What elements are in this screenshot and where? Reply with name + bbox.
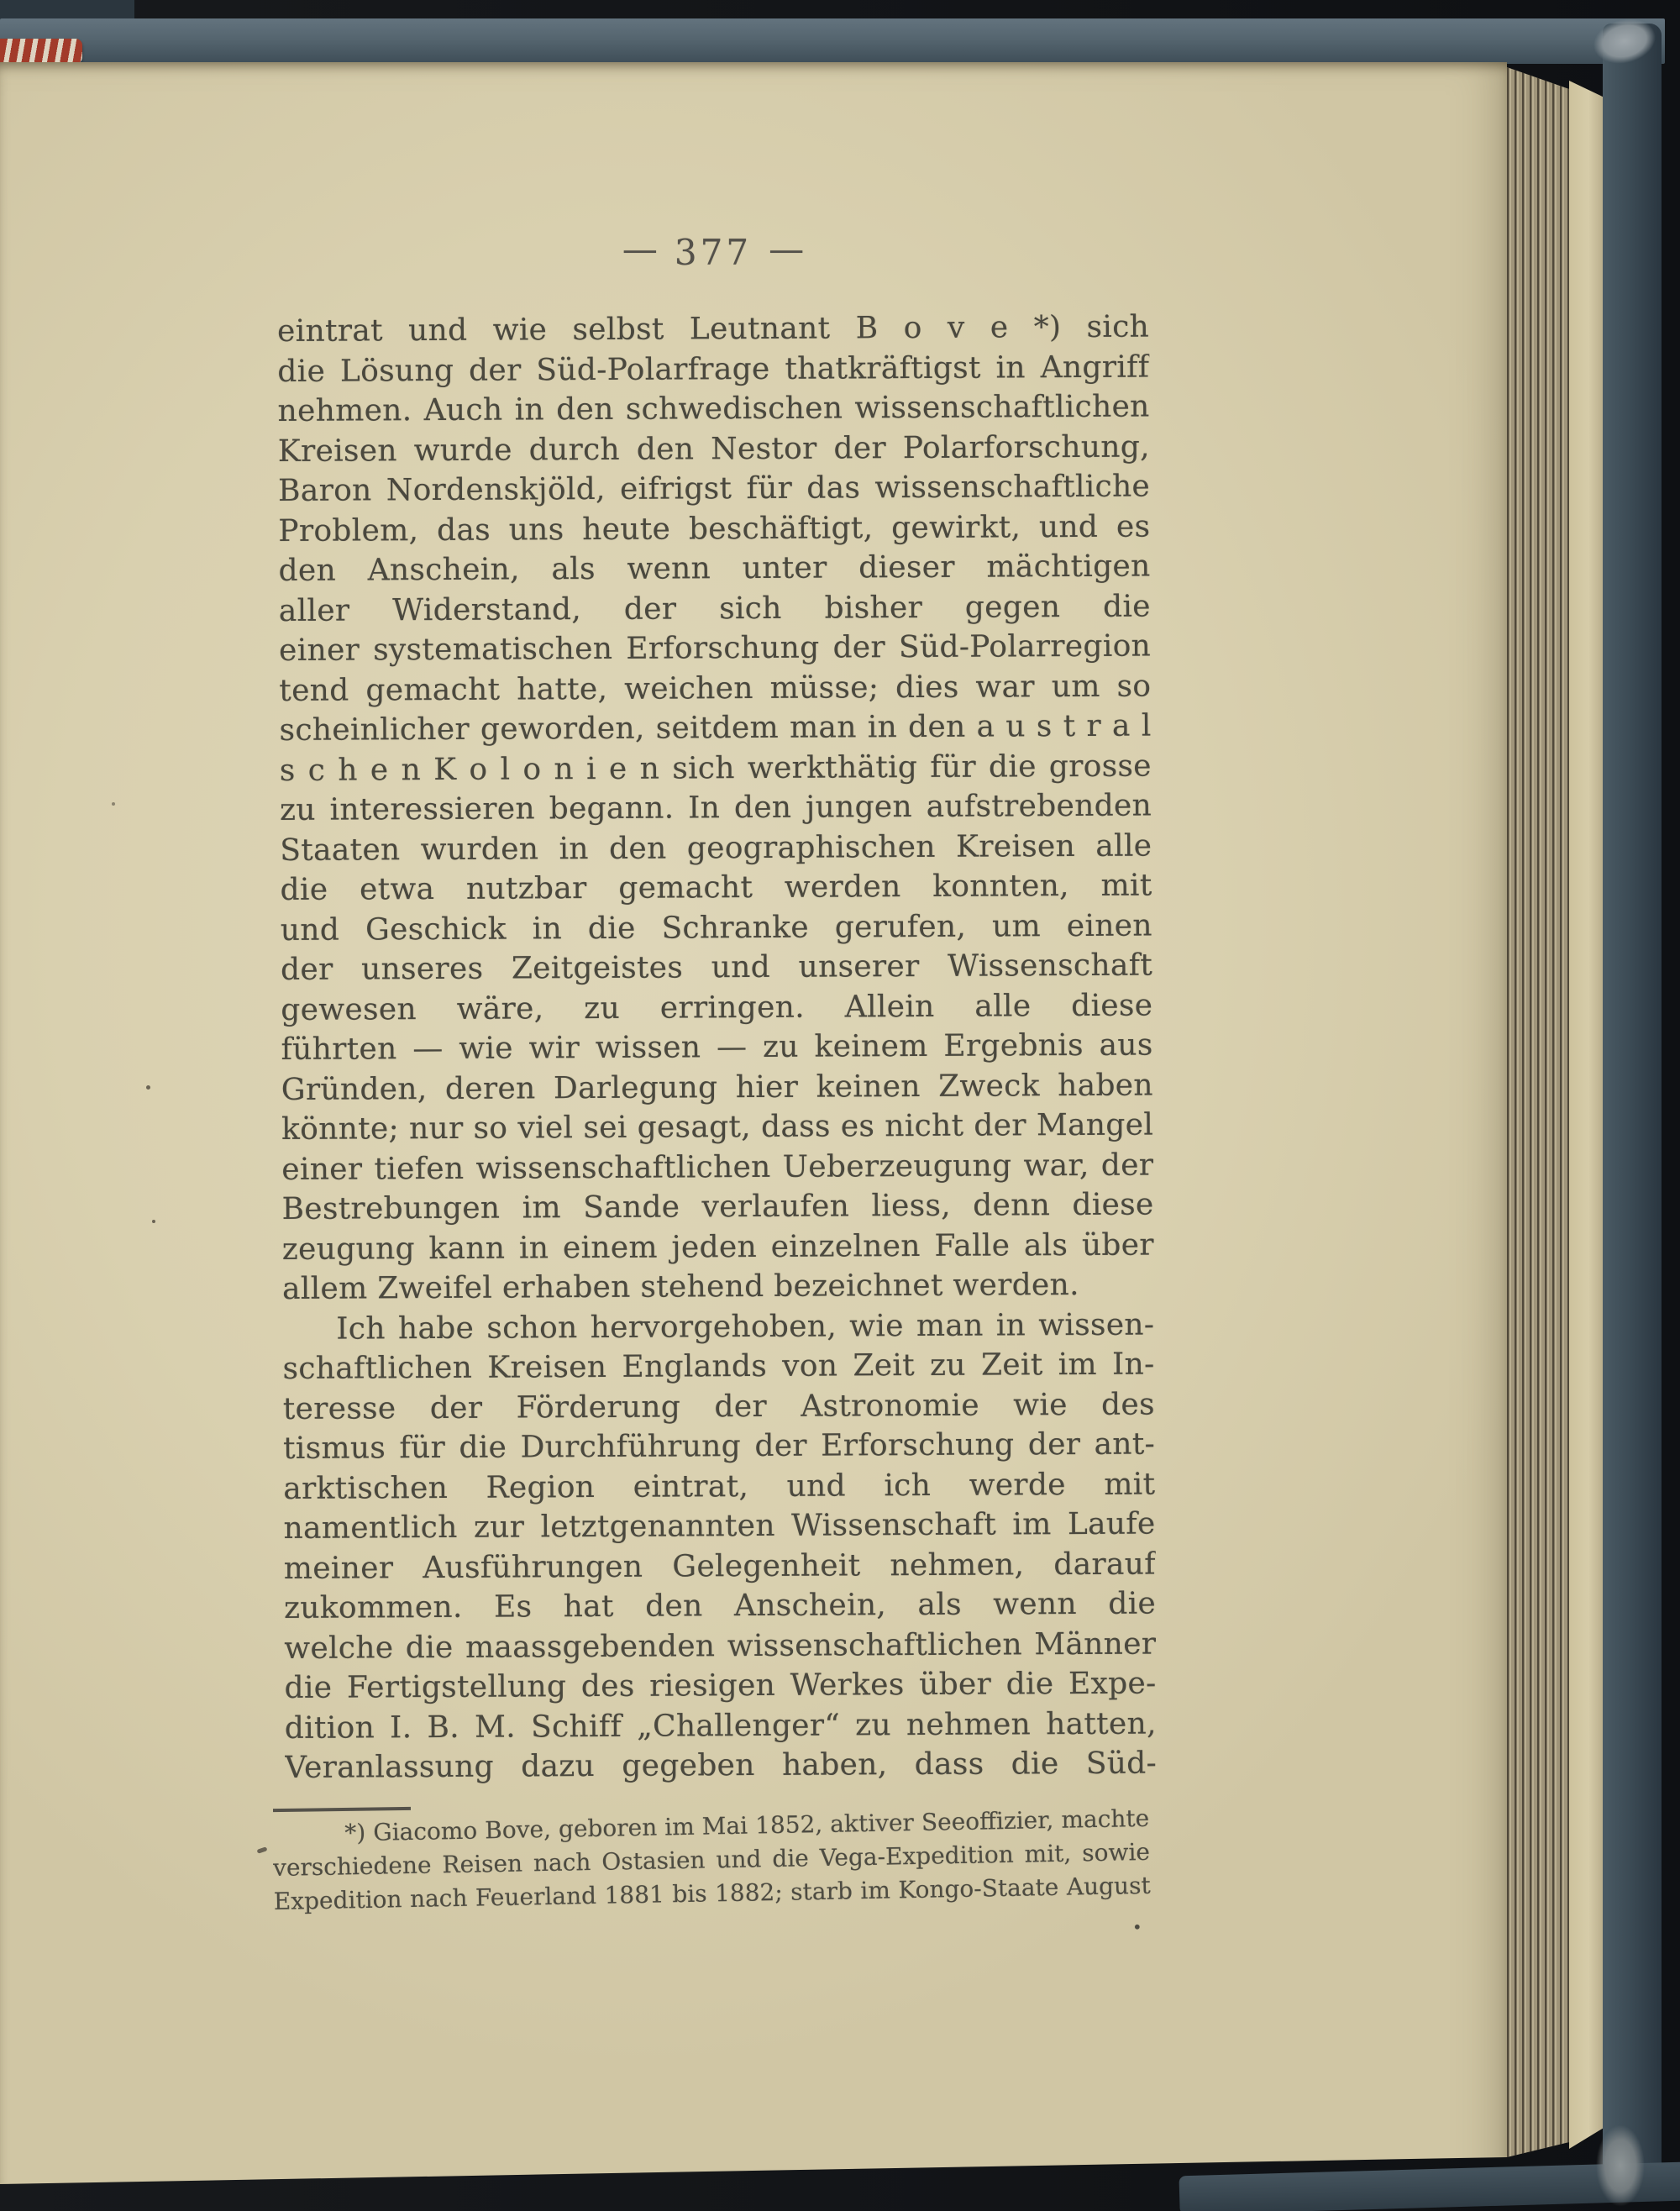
text-line: s c h e n K o l o n i e n sich werkthäti… <box>280 746 1152 790</box>
text-line: Staaten wurden in den geographischen Kre… <box>280 826 1152 870</box>
text-line: Ich habe schon hervorgehoben, wie man in… <box>282 1305 1154 1349</box>
text-line: scheinlicher geworden, seitdem man in de… <box>279 706 1151 751</box>
text-line: führten — wie wir wissen — zu keinem Erg… <box>281 1026 1152 1070</box>
footnote: *) Giacomo Bove, geboren im Mai 1852, ak… <box>272 1802 1151 1919</box>
text-line: die etwa nutzbar gemacht werden konnten,… <box>280 866 1152 911</box>
text-line: einer systematischen Erforschung der Süd… <box>279 627 1151 671</box>
text-line: Bestrebungen im Sande verlaufen liess, d… <box>281 1185 1153 1230</box>
footnote-trailing-period: . <box>1132 1904 1142 1938</box>
text-line: welche die maassgebenden wissenschaftlic… <box>284 1624 1156 1668</box>
text-line: teresse der Förderung der Astronomie wie… <box>283 1384 1155 1429</box>
text-line: Gründen, deren Darlegung hier keinen Zwe… <box>281 1065 1153 1110</box>
paper-speck <box>112 802 115 806</box>
printed-text-layer: —377— eintrat und wie selbst Leutnant B … <box>0 0 1680 2211</box>
text-line: und Geschick in die Schranke gerufen, um… <box>281 906 1152 950</box>
text-line: allem Zweifel erhaben stehend bezeichnet… <box>282 1265 1154 1310</box>
text-line: einer tiefen wissenschaftlichen Ueberzeu… <box>281 1145 1153 1190</box>
page-number-left-dash: — <box>622 228 658 270</box>
paper-speck <box>152 1220 155 1223</box>
text-line: die Fertigstellung des riesigen Werkes ü… <box>284 1664 1156 1709</box>
text-line: gewesen wäre, zu erringen. Allein alle d… <box>281 985 1152 1030</box>
text-line: der unseres Zeitgeistes und unserer Wiss… <box>281 946 1152 990</box>
footnote-lines: *) Giacomo Bove, geboren im Mai 1852, ak… <box>272 1802 1151 1919</box>
text-line: die Lösung der Süd-Polarfrage thatkräfti… <box>277 347 1149 391</box>
text-line: arktischen Region eintrat, und ich werde… <box>283 1464 1155 1509</box>
paper-speck <box>257 1846 268 1853</box>
text-line: nehmen. Auch in den schwedischen wissens… <box>277 387 1149 432</box>
text-line: eintrat und wie selbst Leutnant B o v e … <box>277 307 1149 352</box>
text-line: könnte; nur so viel sei gesagt, dass es … <box>281 1105 1153 1150</box>
text-line: den Anschein, als wenn unter dieser mäch… <box>278 547 1150 591</box>
paper-speck <box>146 1085 150 1090</box>
text-line: meiner Ausführungen Gelegenheit nehmen, … <box>284 1544 1156 1589</box>
text-line: dition I. B. M. Schiff „Challenger“ zu n… <box>285 1704 1157 1748</box>
text-line: Problem, das uns heute beschäftigt, gewi… <box>278 507 1150 551</box>
text-line: zukommen. Es hat den Anschein, als wenn … <box>284 1584 1156 1629</box>
text-line: schaftlichen Kreisen Englands von Zeit z… <box>282 1345 1154 1389</box>
text-line: namentlich zur letztgenannten Wissenscha… <box>283 1505 1155 1549</box>
text-line: aller Widerstand, der sich bisher gegen … <box>279 586 1151 631</box>
text-line: tismus für die Durchführung der Erforsch… <box>283 1425 1155 1469</box>
text-line: Kreisen wurde durch den Nestor der Polar… <box>278 427 1150 471</box>
paragraph: Ich habe schon hervorgehoben, wie man in… <box>282 1305 1157 1788</box>
book-scan-scene: —377— eintrat und wie selbst Leutnant B … <box>0 0 1680 2211</box>
body-text: eintrat und wie selbst Leutnant B o v e … <box>277 307 1157 1788</box>
text-line: zeugung kann in einem jeden einzelnen Fa… <box>282 1225 1154 1269</box>
text-line: zu interessieren begann. In den jungen a… <box>280 786 1152 831</box>
paragraph: eintrat und wie selbst Leutnant B o v e … <box>277 307 1154 1310</box>
text-line: Veranlassung dazu gegeben haben, dass di… <box>285 1744 1157 1788</box>
page-number-header: —377— <box>277 232 1149 273</box>
text-line: Baron Nordenskjöld, eifrigst für das wis… <box>278 467 1150 512</box>
page-number-right-dash: — <box>769 228 804 270</box>
page-number: 377 <box>675 232 752 273</box>
text-line: tend gemacht hatte, weichen müsse; dies … <box>279 666 1151 711</box>
footnote-rule <box>273 1807 411 1812</box>
